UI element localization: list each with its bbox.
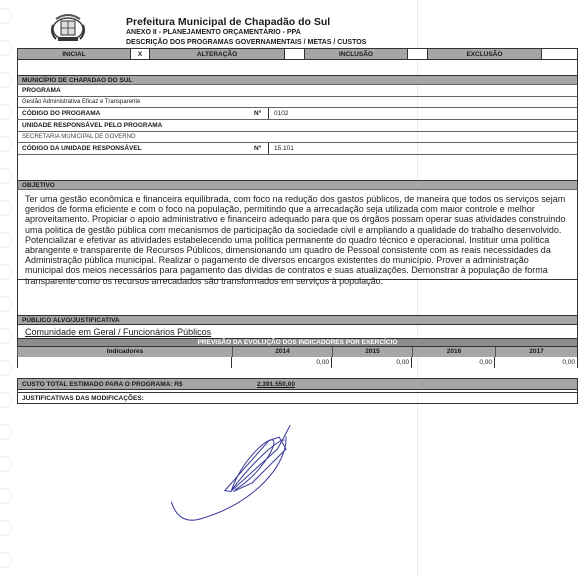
unidade-value-row: SECRETARIA MUNICIPAL DE GOVERNO	[17, 132, 578, 143]
modification-type-row: INICIAL X ALTERAÇÃO INCLUSÃO EXCLUSÃO	[17, 48, 578, 60]
indicator-value-cell: 0,00	[332, 357, 412, 368]
status-alteracao-checkbox[interactable]	[284, 49, 305, 59]
binder-margin	[0, 0, 14, 577]
status-alteracao-label: ALTERAÇÃO	[150, 49, 284, 59]
codigo-unidade-no-label: Nº	[254, 145, 261, 152]
programa-label-row: PROGRAMA	[17, 85, 578, 97]
indicators-section-title: PREVISÃO DA EVOLUÇÃO DOS INDICADORES POR…	[17, 338, 578, 347]
document-header: Prefeitura Municipal de Chapadão do Sul …	[0, 0, 579, 48]
spacer-row	[17, 155, 578, 180]
indicator-value-cell: 0,00	[495, 357, 578, 368]
status-exclusao-label: EXCLUSÃO	[428, 49, 541, 59]
annex-subtitle: ANEXO II - PLANEJAMENTO ORÇAMENTÁRIO - P…	[126, 29, 301, 36]
codigo-programa-value: 0102	[268, 108, 288, 119]
codigo-unidade-value: 15.101	[268, 143, 294, 154]
objetivo-label: OBJETIVO	[22, 182, 55, 189]
description-subtitle: DESCRIÇÃO DOS PROGRAMAS GOVERNAMENTAIS /…	[126, 39, 366, 46]
coat-of-arms-icon	[48, 11, 88, 45]
status-inicial-checkbox[interactable]: X	[130, 49, 150, 59]
status-inicial-label: INICIAL	[18, 49, 130, 59]
custo-total-row: CUSTO TOTAL ESTIMADO PARA O PROGRAMA: R$…	[17, 378, 578, 390]
objetivo-text: Ter uma gestão econômica e financeira eq…	[18, 190, 577, 286]
programa-label: PROGRAMA	[22, 87, 61, 94]
codigo-programa-label: CÓDIGO DO PROGRAMA	[22, 110, 100, 117]
signature-icon	[150, 412, 320, 537]
programa-value-row: Gestão Administrativa Eficaz e Transpare…	[17, 97, 578, 108]
publico-label: PÚBLICO ALVO/JUSTIFICATIVA	[22, 317, 120, 324]
objetivo-box: Ter uma gestão econômica e financeira eq…	[17, 190, 578, 280]
codigo-unidade-row: CÓDIGO DA UNIDADE RESPONSÁVEL Nº 15.101	[17, 143, 578, 155]
codigo-unidade-label: CÓDIGO DA UNIDADE RESPONSÁVEL	[22, 145, 142, 152]
indicators-column-header: 2015	[332, 347, 412, 357]
programa-value: Gestão Administrativa Eficaz e Transpare…	[22, 99, 140, 105]
objetivo-header: OBJETIVO	[17, 180, 578, 190]
codigo-programa-row: CÓDIGO DO PROGRAMA Nº 0102	[17, 108, 578, 120]
status-inclusao-label: INCLUSÃO	[305, 49, 407, 59]
unidade-value: SECRETARIA MUNICIPAL DE GOVERNO	[22, 134, 136, 140]
municipio-header: MUNICÍPIO DE CHAPADAO DO SUL	[17, 75, 578, 85]
spacer-row-2	[17, 280, 578, 315]
indicators-column-header: 2014	[232, 347, 332, 357]
custo-total-value: 2.391.550,00	[257, 381, 295, 388]
indicators-column-header: Indicadores	[17, 347, 232, 357]
indicator-name-cell	[17, 357, 232, 368]
indicator-value-cell: 0,00	[232, 357, 332, 368]
blank-row	[17, 60, 578, 75]
indicators-column-header: 2016	[412, 347, 495, 357]
indicators-table: PREVISÃO DA EVOLUÇÃO DOS INDICADORES POR…	[17, 338, 578, 378]
justificativas-row: JUSTIFICATIVAS DAS MODIFICAÇÕES:	[17, 393, 578, 404]
indicator-value-cell: 0,00	[412, 357, 495, 368]
unidade-label-row: UNIDADE RESPONSÁVEL PELO PROGRAMA	[17, 120, 578, 132]
publico-value: Comunidade em Geral / Funcionários Públi…	[25, 327, 211, 337]
publico-value-row: Comunidade em Geral / Funcionários Públi…	[17, 325, 578, 338]
codigo-programa-no-label: Nº	[254, 110, 261, 117]
status-inclusao-checkbox[interactable]	[407, 49, 428, 59]
publico-header: PÚBLICO ALVO/JUSTIFICATIVA	[17, 315, 578, 325]
justificativas-label: JUSTIFICATIVAS DAS MODIFICAÇÕES:	[22, 395, 144, 402]
unidade-label: UNIDADE RESPONSÁVEL PELO PROGRAMA	[22, 122, 162, 129]
municipio-label: MUNICÍPIO DE CHAPADAO DO SUL	[22, 77, 132, 84]
status-exclusao-checkbox[interactable]	[541, 49, 561, 59]
indicators-column-header: 2017	[495, 347, 578, 357]
custo-total-label: CUSTO TOTAL ESTIMADO PARA O PROGRAMA: R$	[22, 381, 183, 388]
document-title: Prefeitura Municipal de Chapadão do Sul	[126, 16, 330, 28]
